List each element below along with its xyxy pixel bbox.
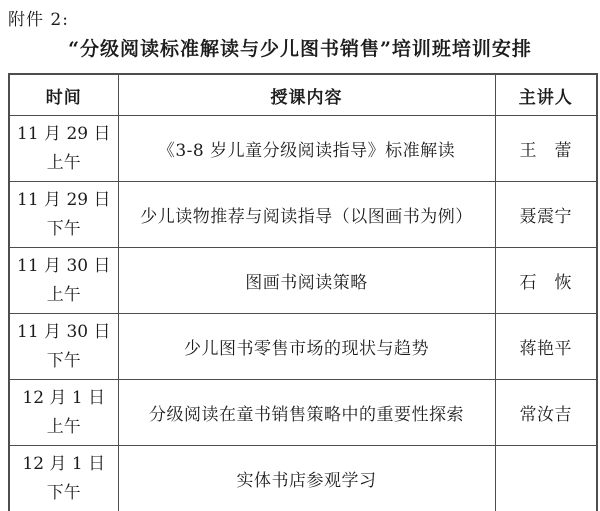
date-text: 11 月 29 日 <box>12 186 116 215</box>
date-text: 11 月 29 日 <box>12 120 116 149</box>
header-speaker: 主讲人 <box>495 74 597 116</box>
speaker-cell: 聂震宁 <box>495 182 597 248</box>
speaker-cell <box>495 446 597 511</box>
speaker-cell: 常汝吉 <box>495 380 597 446</box>
time-cell: 11 月 29 日 下午 <box>9 182 118 248</box>
table-row: 11 月 29 日 下午 少儿读物推荐与阅读指导（以图画书为例） 聂震宁 <box>9 182 597 248</box>
period-text: 上午 <box>12 413 116 442</box>
date-text: 12 月 1 日 <box>12 384 116 413</box>
content-cell: 少儿读物推荐与阅读指导（以图画书为例） <box>118 182 495 248</box>
period-text: 上午 <box>12 149 116 178</box>
date-text: 12 月 1 日 <box>12 450 116 479</box>
table-row: 12 月 1 日 下午 实体书店参观学习 <box>9 446 597 511</box>
time-cell: 12 月 1 日 上午 <box>9 380 118 446</box>
page-title: “分级阅读标准解读与少儿图书销售”培训班培训安排 <box>0 34 600 61</box>
content-cell: 实体书店参观学习 <box>118 446 495 511</box>
header-time: 时间 <box>9 74 118 116</box>
content-cell: 《3-8 岁儿童分级阅读指导》标准解读 <box>118 116 495 182</box>
period-text: 下午 <box>12 347 116 376</box>
table-row: 12 月 1 日 上午 分级阅读在童书销售策略中的重要性探索 常汝吉 <box>9 380 597 446</box>
date-text: 11 月 30 日 <box>12 252 116 281</box>
content-cell: 分级阅读在童书销售策略中的重要性探索 <box>118 380 495 446</box>
table-row: 11 月 30 日 下午 少儿图书零售市场的现状与趋势 蒋艳平 <box>9 314 597 380</box>
period-text: 下午 <box>12 479 116 508</box>
date-text: 11 月 30 日 <box>12 318 116 347</box>
attachment-label: 附件 2: <box>8 5 69 30</box>
speaker-cell: 蒋艳平 <box>495 314 597 380</box>
time-cell: 11 月 30 日 下午 <box>9 314 118 380</box>
time-cell: 12 月 1 日 下午 <box>9 446 118 511</box>
content-cell: 图画书阅读策略 <box>118 248 495 314</box>
document-page: 附件 2: “分级阅读标准解读与少儿图书销售”培训班培训安排 时间 授课内容 主… <box>0 0 600 511</box>
speaker-cell: 石 恢 <box>495 248 597 314</box>
table-row: 11 月 30 日 上午 图画书阅读策略 石 恢 <box>9 248 597 314</box>
header-content: 授课内容 <box>118 74 495 116</box>
table-row: 11 月 29 日 上午 《3-8 岁儿童分级阅读指导》标准解读 王 蕾 <box>9 116 597 182</box>
table-header-row: 时间 授课内容 主讲人 <box>9 74 597 116</box>
period-text: 上午 <box>12 281 116 310</box>
speaker-cell: 王 蕾 <box>495 116 597 182</box>
content-cell: 少儿图书零售市场的现状与趋势 <box>118 314 495 380</box>
time-cell: 11 月 29 日 上午 <box>9 116 118 182</box>
training-schedule-table: 时间 授课内容 主讲人 11 月 29 日 上午 《3-8 岁儿童分级阅读指导》… <box>8 73 598 511</box>
period-text: 下午 <box>12 215 116 244</box>
time-cell: 11 月 30 日 上午 <box>9 248 118 314</box>
